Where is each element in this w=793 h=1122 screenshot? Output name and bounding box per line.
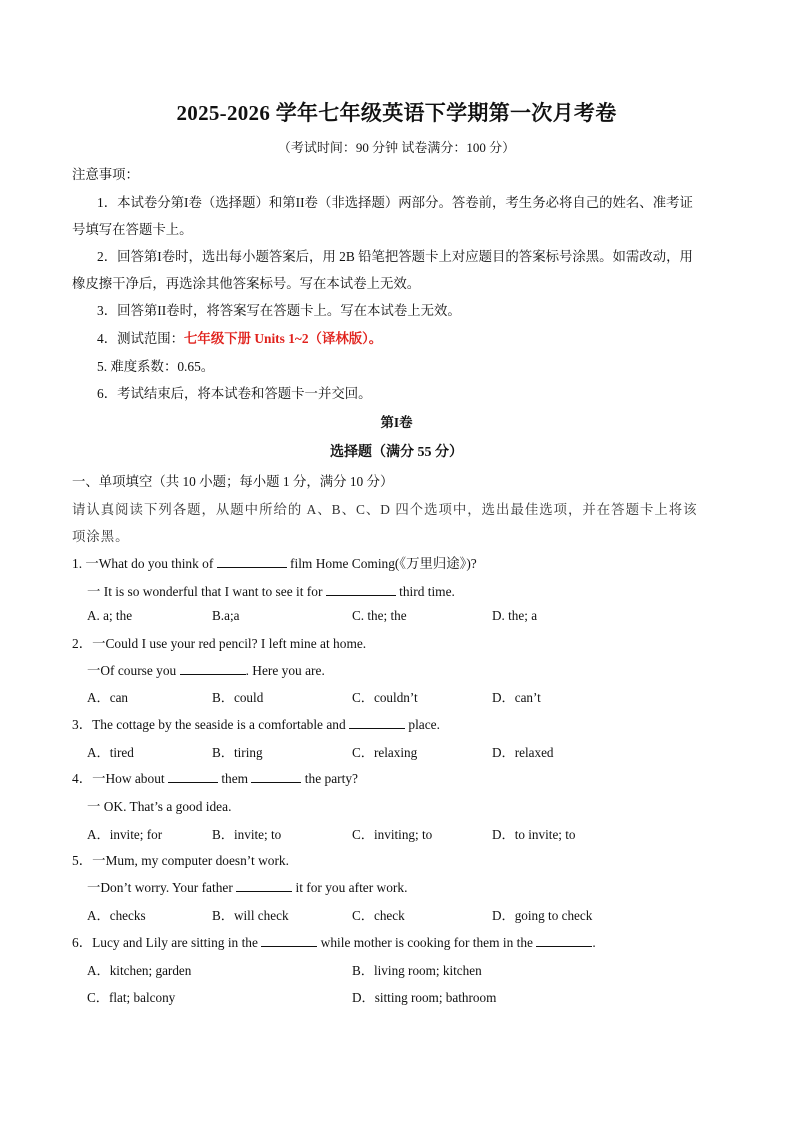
note-1-line2: 号填写在答题卡上。 <box>72 219 193 238</box>
note-2-line2: 橡皮擦干净后，再选涂其他答案标号。写在本试卷上无效。 <box>72 273 420 292</box>
question-1-stem: 1. 一What do you think of film Home Comin… <box>72 553 477 572</box>
question-3-text-b: place. <box>405 717 440 732</box>
note-5-num: 5. <box>97 359 110 374</box>
question-3-text-a: The cottage by the seaside is a comforta… <box>92 717 349 732</box>
question-1-reply-a: 一 It is so wonderful that I want to see … <box>87 584 326 599</box>
question-5-option-a: A．checks <box>87 905 146 924</box>
note-2-text: 回答第I卷时，选出每小题答案后，用 2B 铅笔把答题卡上对应题目的答案标号涂黑。… <box>117 249 693 264</box>
note-5-text: 难度系数：0.65。 <box>110 359 214 374</box>
answer-blank <box>326 583 396 596</box>
question-6-text-a: Lucy and Lily are sitting in the <box>92 935 261 950</box>
question-6-option-d: D．sitting room; bathroom <box>352 987 496 1006</box>
question-5-num: 5． <box>72 853 92 868</box>
question-4-stem: 4．一How about them the party? <box>72 768 358 787</box>
question-6-num: 6． <box>72 935 92 950</box>
question-1-text-b: film Home Coming(《万里归途》)? <box>287 556 477 571</box>
answer-blank <box>251 770 301 783</box>
note-6-text: 考试结束后，将本试卷和答题卡一并交回。 <box>117 386 371 401</box>
question-5-reply-a: 一Don’t worry. Your father <box>87 880 236 895</box>
question-2-option-b: B．could <box>212 687 263 706</box>
answer-blank <box>236 879 292 892</box>
question-4-reply: 一 OK. That’s a good idea. <box>87 796 231 815</box>
question-2-num: 2． <box>72 636 92 651</box>
question-1-option-d: D. the; a <box>492 608 537 624</box>
note-4: 4．测试范围：七年级下册 Units 1~2（译林版）。 <box>97 328 382 347</box>
question-2-option-d: D．can’t <box>492 687 541 706</box>
subsection-heading: 一、单项填空（共 10 小题；每小题 1 分，满分 10 分） <box>72 471 393 490</box>
note-3-text: 回答第II卷时，将答案写在答题卡上。写在本试卷上无效。 <box>117 303 461 318</box>
question-5-option-c: C．check <box>352 905 405 924</box>
question-2-stem: 2．一Could I use your red pencil? I left m… <box>72 633 366 652</box>
question-2-text-a: 一Could I use your red pencil? I left min… <box>92 636 366 651</box>
note-2-line1: 2．回答第I卷时，选出每小题答案后，用 2B 铅笔把答题卡上对应题目的答案标号涂… <box>97 246 693 265</box>
question-3-stem: 3．The cottage by the seaside is a comfor… <box>72 714 440 733</box>
answer-blank <box>217 555 287 568</box>
exam-subtitle: （考试时间：90 分钟 试卷满分：100 分） <box>0 137 793 156</box>
question-2-reply: 一Of course you . Here you are. <box>87 660 325 679</box>
question-3-option-a: A．tired <box>87 742 134 761</box>
question-4-text-b: them <box>218 771 251 786</box>
notes-heading: 注意事项： <box>72 164 139 183</box>
answer-blank <box>536 934 592 947</box>
note-4-scope-highlight: 七年级下册 Units 1~2（译林版）。 <box>184 331 382 346</box>
question-1-option-a: A. a; the <box>87 608 132 624</box>
question-6-text-c: . <box>592 935 595 950</box>
question-5-option-d: D．going to check <box>492 905 592 924</box>
question-6-stem: 6．Lucy and Lily are sitting in the while… <box>72 932 596 951</box>
question-2-reply-a: 一Of course you <box>87 663 180 678</box>
question-3-option-c: C．relaxing <box>352 742 417 761</box>
note-2-num: 2． <box>97 249 117 264</box>
volume-heading: 第I卷 <box>0 412 793 431</box>
question-5-reply-b: it for you after work. <box>292 880 407 895</box>
question-4-num: 4． <box>72 771 92 786</box>
note-3: 3．回答第II卷时，将答案写在答题卡上。写在本试卷上无效。 <box>97 300 461 319</box>
question-3-option-b: B．tiring <box>212 742 263 761</box>
note-6: 6．考试结束后，将本试卷和答题卡一并交回。 <box>97 383 372 402</box>
question-4-option-b: B．invite; to <box>212 824 281 843</box>
note-4-num: 4． <box>97 331 117 346</box>
instruction-line1: 请认真阅读下列各题，从题中所给的 A、B、C、D 四个选项中，选出最佳选项，并在… <box>72 499 698 518</box>
note-1-text: 本试卷分第I卷（选择题）和第II卷（非选择题）两部分。答卷前，考生务必将自己的姓… <box>117 195 693 210</box>
question-3-option-d: D．relaxed <box>492 742 554 761</box>
question-4-text-a: 一How about <box>92 771 168 786</box>
question-6-option-b: B．living room; kitchen <box>352 960 482 979</box>
note-1-num: 1． <box>97 195 117 210</box>
question-1-option-b: B.a;a <box>212 608 239 624</box>
question-6-option-c: C．flat; balcony <box>87 987 175 1006</box>
question-4-text-c: the party? <box>301 771 358 786</box>
question-1-option-c: C. the; the <box>352 608 407 624</box>
question-1-text-a: 一What do you think of <box>85 556 216 571</box>
question-2-option-a: A．can <box>87 687 128 706</box>
question-5-option-b: B．will check <box>212 905 289 924</box>
question-2-reply-b: . Here you are. <box>246 663 325 678</box>
note-1-line1: 1．本试卷分第I卷（选择题）和第II卷（非选择题）两部分。答卷前，考生务必将自己… <box>97 192 693 211</box>
note-3-num: 3． <box>97 303 117 318</box>
note-6-num: 6． <box>97 386 117 401</box>
question-6-option-a: A．kitchen; garden <box>87 960 191 979</box>
question-1-reply: 一 It is so wonderful that I want to see … <box>87 581 455 600</box>
note-4-text: 测试范围： <box>117 331 184 346</box>
question-4-option-c: C．inviting; to <box>352 824 432 843</box>
question-6-text-b: while mother is cooking for them in the <box>317 935 536 950</box>
question-1-reply-b: third time. <box>396 584 455 599</box>
answer-blank <box>261 934 317 947</box>
part-heading: 选择题（满分 55 分） <box>0 441 793 461</box>
answer-blank <box>349 716 405 729</box>
exam-title: 2025-2026 学年七年级英语下学期第一次月考卷 <box>0 97 793 127</box>
question-4-option-d: D．to invite; to <box>492 824 576 843</box>
question-1-num: 1. <box>72 556 85 571</box>
answer-blank <box>168 770 218 783</box>
question-5-reply: 一Don’t worry. Your father it for you aft… <box>87 877 407 896</box>
question-5-text-a: 一Mum, my computer doesn’t work. <box>92 853 289 868</box>
note-5: 5. 难度系数：0.65。 <box>97 356 214 375</box>
question-2-option-c: C．couldn’t <box>352 687 418 706</box>
question-3-num: 3． <box>72 717 92 732</box>
question-5-stem: 5．一Mum, my computer doesn’t work. <box>72 850 289 869</box>
answer-blank <box>180 662 246 675</box>
instruction-line2: 项涂黑。 <box>72 526 130 545</box>
question-4-option-a: A．invite; for <box>87 824 162 843</box>
